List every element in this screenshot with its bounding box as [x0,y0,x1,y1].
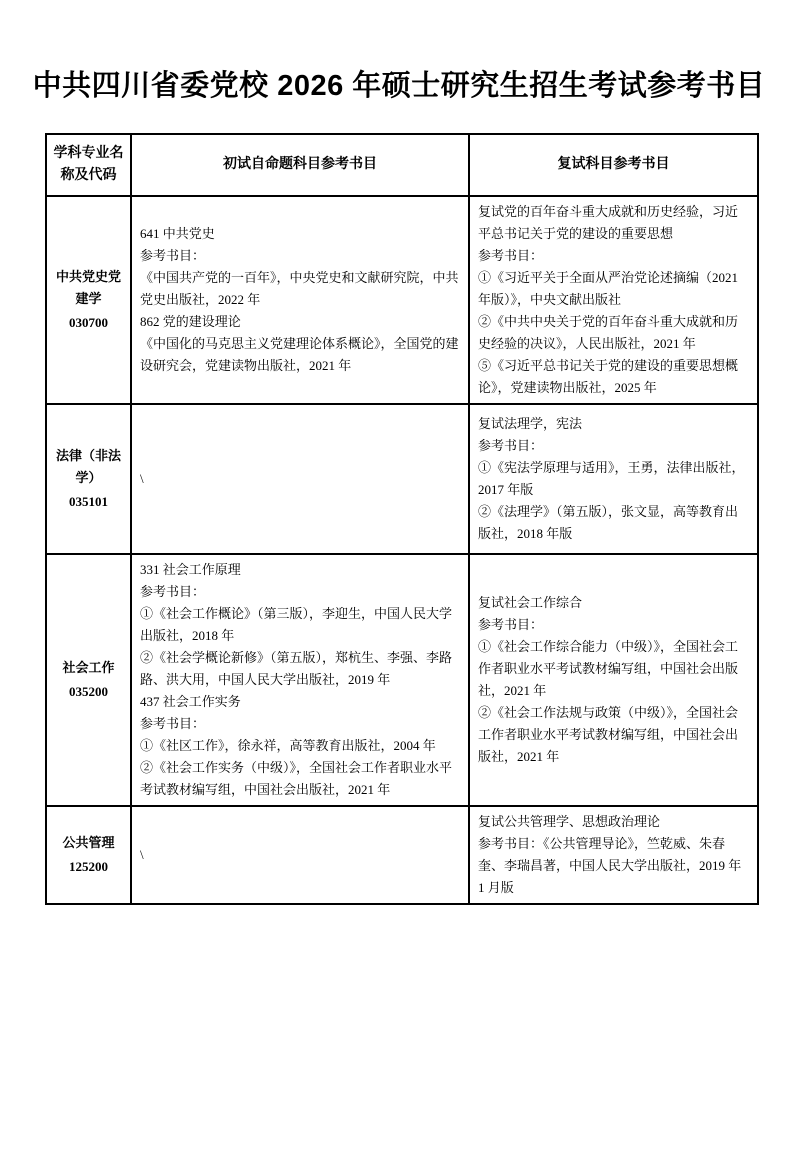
header-initial-exam-column: 初试自命题科目参考书目 [131,134,469,196]
header-subject-column: 学科专业名 称及代码 [46,134,131,196]
subject-code: 035200 [51,681,126,703]
initial-exam-cell: \ [131,404,469,554]
initial-exam-cell: 641 中共党史 参考书目： 《中国共产党的一百年》，中央党史和文献研究院，中共… [131,196,469,404]
subject-code: 125200 [51,856,126,878]
subject-name: 社会工作 [51,657,126,679]
subject-name: 中共党史党建学 [51,266,126,310]
subject-name: 公共管理 [51,832,126,854]
retest-cell: 复试法理学，宪法 参考书目： ①《宪法学原理与适用》，王勇，法律出版社，2017… [469,404,758,554]
table-header-row: 学科专业名 称及代码 初试自命题科目参考书目 复试科目参考书目 [46,134,758,196]
reference-book-table: 学科专业名 称及代码 初试自命题科目参考书目 复试科目参考书目 中共党史党建学 … [45,133,759,905]
retest-cell: 复试社会工作综合 参考书目： ①《社会工作综合能力（中级）》，全国社会工作者职业… [469,554,758,806]
subject-cell: 社会工作 035200 [46,554,131,806]
subject-cell: 法律（非法学） 035101 [46,404,131,554]
subject-name: 法律（非法学） [51,445,126,489]
initial-exam-cell: \ [131,806,469,904]
header-retest-column: 复试科目参考书目 [469,134,758,196]
table-row: 中共党史党建学 030700 641 中共党史 参考书目： 《中国共产党的一百年… [46,196,758,404]
retest-cell: 复试党的百年奋斗重大成就和历史经验，习近平总书记关于党的建设的重要思想 参考书目… [469,196,758,404]
subject-cell: 公共管理 125200 [46,806,131,904]
table-row: 法律（非法学） 035101 \ 复试法理学，宪法 参考书目： ①《宪法学原理与… [46,404,758,554]
table-row: 公共管理 125200 \ 复试公共管理学、思想政治理论 参考书目：《公共管理导… [46,806,758,904]
subject-code: 035101 [51,491,126,513]
document-title: 中共四川省委党校 2026 年硕士研究生招生考试参考书目 [0,68,798,104]
subject-code: 030700 [51,312,126,334]
subject-cell: 中共党史党建学 030700 [46,196,131,404]
table-row: 社会工作 035200 331 社会工作原理 参考书目： ①《社会工作概论》（第… [46,554,758,806]
retest-cell: 复试公共管理学、思想政治理论 参考书目：《公共管理导论》，竺乾威、朱春奎、李瑞昌… [469,806,758,904]
page: 中共四川省委党校 2026 年硕士研究生招生考试参考书目 学科专业名 称及代码 … [0,0,798,1172]
initial-exam-cell: 331 社会工作原理 参考书目： ①《社会工作概论》（第三版），李迎生，中国人民… [131,554,469,806]
